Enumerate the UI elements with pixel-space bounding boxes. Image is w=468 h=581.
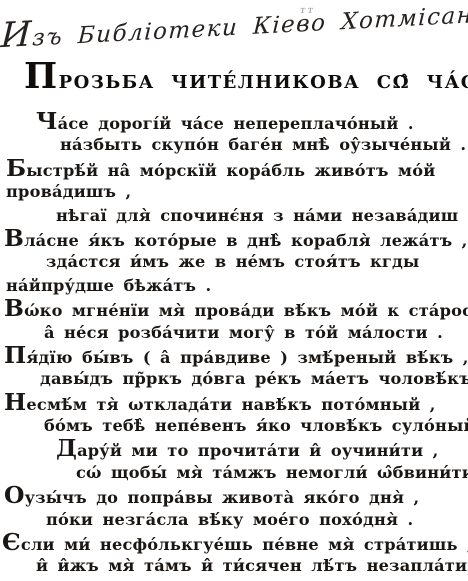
poem-line: на́збыть скупо́н баге́н мнѣ̀ оу̂зыче́ный… bbox=[0, 133, 468, 156]
manuscript-page: тт Изъ Библіотеки Кіево Хотмісанкой Проз… bbox=[0, 0, 468, 581]
poem-line: Оузы́чъ до попра́вы живота̀ яко́го дня̀ … bbox=[0, 484, 468, 507]
poem-body: Ча́се дорогі́й ча́се непереплачо́ный . н… bbox=[0, 110, 468, 578]
poem-line: Вла́сне я́къ кото́рые в днѣ̀ корабля̀ ле… bbox=[0, 227, 468, 250]
poem-line: Быстрѣ́й на̂ мо́рскїй кора́бль живо́тъ м… bbox=[0, 157, 468, 180]
poem-line: на́йпру́дше бѣжа́тъ . bbox=[0, 274, 468, 297]
poem-line: зда́стся и́мъ же в не́мъ стоя́тъ кгды bbox=[0, 250, 468, 273]
poem-line: Ча́се дорогі́й ча́се непереплачо́ный . bbox=[0, 110, 468, 133]
poem-title: Прозьба чите́лникова сω̂ ча́сѣ bbox=[24, 60, 464, 97]
poem-line: Вώко мгне́нїи мя̀ прова́ди вѣ́къ мо́й к … bbox=[0, 297, 468, 320]
poem-line: Єсли ми́ несфо́лькгуе́шь пе́вне мя̀ стра… bbox=[0, 531, 468, 554]
poem-line: прова́дишъ , bbox=[0, 180, 468, 203]
handwritten-inscription: Изъ Библіотеки Кіево Хотмісанкой bbox=[0, 0, 468, 56]
poem-line: Несмѣ́м тя̀ ωтклада́ти навѣ́къ пото́мный… bbox=[0, 391, 468, 414]
poem-line: Дару́й ми то прочита́ти и̂ оучини́ти , bbox=[0, 437, 468, 460]
poem-line: и̂ и̂жъ мя̀ та́мъ и̂ ти́сячен лѣ́тъ неза… bbox=[0, 554, 468, 577]
poem-line: по́ки незга́сла вѣ́ку мое́го похо́дня̀ . bbox=[0, 508, 468, 531]
poem-line: нѣгаї для̀ спочинє́ня з на́ми незава́диш… bbox=[0, 204, 468, 227]
poem-line: а̂ не́ся розба́чити могу̂ в то́й ма́лост… bbox=[0, 321, 468, 344]
poem-line: давы́дъ пр̃ркъ до́вга ре́къ ма́етъ чолов… bbox=[0, 367, 468, 390]
poem-line: сώ щобы́ мя̀ та́мжъ немогли́ ω̂бвини́ти … bbox=[0, 461, 468, 484]
poem-line: Пя́дїю бы́въ ( а̂ пра́вдиве ) змѣ́реный … bbox=[0, 344, 468, 367]
